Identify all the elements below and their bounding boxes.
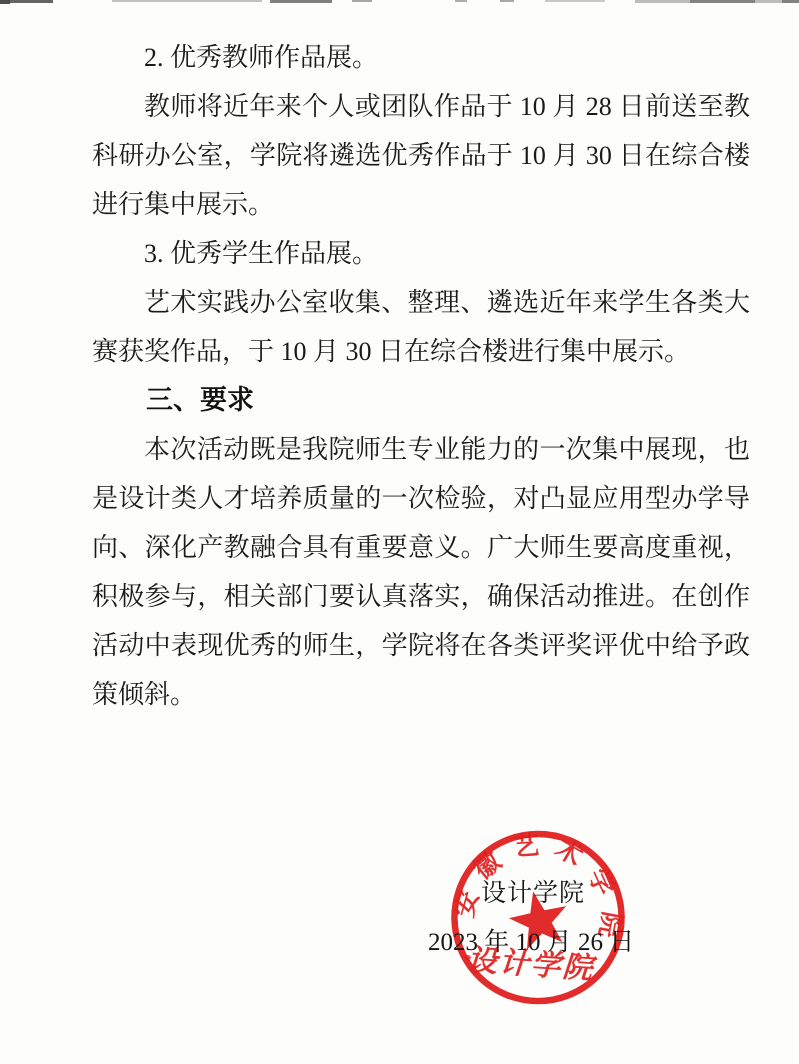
document-page: 2. 优秀教师作品展。 教师将近年来个人或团队作品于 10 月 28 日前送至教… bbox=[0, 0, 799, 1064]
scan-artifact bbox=[455, 0, 467, 2]
section-heading-requirements: 三、要求 bbox=[92, 376, 750, 425]
scan-artifact bbox=[8, 0, 53, 3]
scan-artifact bbox=[690, 0, 755, 3]
scan-artifact bbox=[352, 0, 372, 2]
document-body: 2. 优秀教师作品展。 教师将近年来个人或团队作品于 10 月 28 日前送至教… bbox=[92, 33, 750, 719]
scan-artifact bbox=[500, 0, 514, 2]
scan-artifact bbox=[112, 0, 262, 2]
paragraph-student-exhibition: 艺术实践办公室收集、整理、遴选近年来学生各类大赛获奖作品，于 10 月 30 日… bbox=[92, 278, 750, 376]
scan-artifact bbox=[545, 0, 605, 2]
official-seal: 安徽艺术学院 设计学院 bbox=[448, 829, 629, 1010]
item-heading-teacher-exhibition: 2. 优秀教师作品展。 bbox=[92, 33, 750, 82]
signature-date: 2023 年 10 月 26 日 bbox=[428, 922, 634, 958]
paragraph-teacher-exhibition: 教师将近年来个人或团队作品于 10 月 28 日前送至教科研办公室，学院将遴选优… bbox=[92, 82, 750, 229]
item-heading-student-exhibition: 3. 优秀学生作品展。 bbox=[92, 229, 750, 278]
signature-department: 设计学院 bbox=[481, 873, 585, 909]
scan-artifact bbox=[270, 0, 332, 3]
paragraph-requirements: 本次活动既是我院师生专业能力的一次集中展现，也是设计类人才培养质量的一次检验，对… bbox=[92, 425, 750, 719]
scan-artifact bbox=[782, 0, 799, 3]
